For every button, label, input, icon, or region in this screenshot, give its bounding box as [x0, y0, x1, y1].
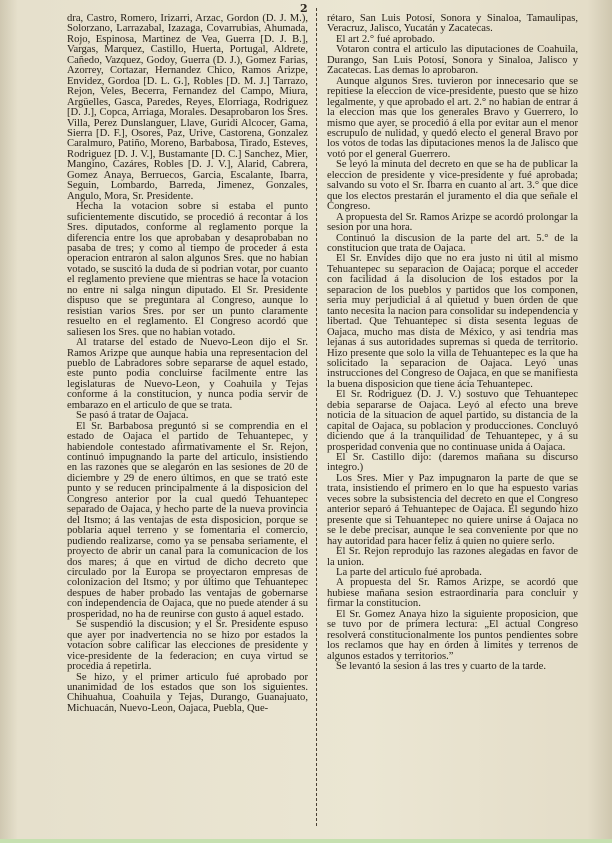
paragraph-vote-list: dra, Castro, Romero, Irizarri, Arzac, Go…	[67, 14, 308, 202]
scan-bottom-edge	[0, 839, 612, 843]
paragraph-gomez-anaya: El Sr. Gomez Anaya hizo la siguiente pro…	[327, 610, 578, 662]
paragraph-envides: El Sr. Envides dijo que no era justo ni …	[327, 254, 578, 390]
paragraph-session-closed: Se levantó la sesion á las tres y cuarto…	[327, 662, 578, 672]
paragraph-votes-against: Votaron contra el articulo las diputacio…	[327, 45, 578, 76]
column-divider	[316, 8, 317, 826]
paragraph-extend-session: A propuesta del Sr. Ramos Arizpe se acor…	[327, 213, 578, 234]
left-column: dra, Castro, Romero, Irizarri, Arzac, Go…	[67, 14, 308, 714]
paragraph-suspension: Se suspendió la discusion; y el Sr. Pres…	[67, 620, 308, 672]
paragraph-vice-president-election: Aunque algunos Sres. tuvieron por innece…	[327, 77, 578, 161]
paragraph-rejon: El Sr. Rejon reprodujo las razones alega…	[327, 547, 578, 568]
right-column: rétaro, San Luis Potosí, Sonora y Sinalo…	[327, 14, 578, 673]
paragraph-decree-minute: Se leyó la minuta del decreto en que se …	[327, 160, 578, 212]
paragraph-art5-discussion: Continuó la discusion de la parte del ar…	[327, 234, 578, 255]
paragraph-first-article: Se hizo, y el primer articulo fué aproba…	[67, 673, 308, 715]
paragraph-rodriguez: El Sr. Rodriguez (D. J. V.) sostuvo que …	[327, 390, 578, 453]
paragraph-barbabosa: El Sr. Barbabosa preguntó si se comprend…	[67, 422, 308, 621]
paragraph-nuevo-leon: Al tratarse del estado de Nuevo-Leon dij…	[67, 338, 308, 411]
paragraph-castillo: El Sr. Castillo dijo: (daremos mañana su…	[327, 453, 578, 474]
paragraph-mier-paz: Los Sres. Mier y Paz impugnaron la parte…	[327, 474, 578, 547]
paragraph-states-continued: rétaro, San Luis Potosí, Sonora y Sinalo…	[327, 14, 578, 35]
paragraph-recount: Hecha la votacion sobre si estaba el pun…	[67, 202, 308, 338]
newspaper-page: 2 dra, Castro, Romero, Irizarri, Arzac, …	[0, 0, 612, 843]
paragraph-extraordinary-session: A propuesta del Sr. Ramos Arizpe, se aco…	[327, 578, 578, 609]
